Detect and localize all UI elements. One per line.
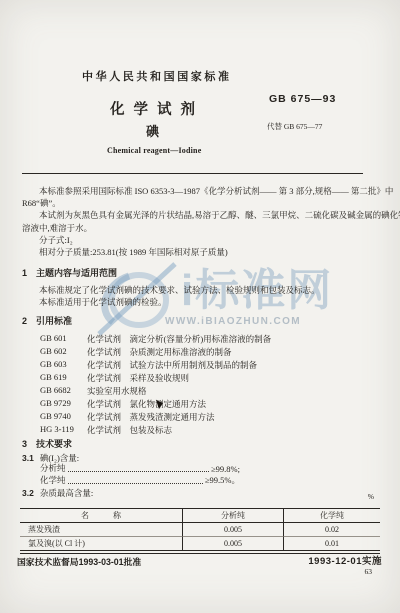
- grade-label: 化学纯: [40, 474, 66, 486]
- table-unit-note: %: [368, 492, 374, 501]
- reference-code: GB 9740: [40, 411, 87, 424]
- reference-code: GB 6682: [40, 385, 87, 398]
- reference-code: GB 601: [40, 333, 87, 346]
- grade-value: ≥99.8%;: [211, 464, 240, 474]
- header-rule: [22, 173, 363, 174]
- reference-item: GB 601化学试剂 滴定分析(容量分析)用标准溶液的制备: [40, 333, 271, 346]
- molecular-formula: 分子式:I₂: [39, 235, 73, 245]
- approval-note: 国家技术监督局1993-03-01批准: [17, 555, 141, 568]
- intro-paragraph-1-line-2: R68“碘”。: [22, 198, 61, 208]
- reference-item: GB 9740化学试剂 蒸发残渣测定通用方法: [40, 411, 271, 424]
- section-2-heading: 2引用标准: [22, 314, 72, 327]
- assay-row-chemical: 化学纯 ≥99.5%。: [40, 474, 240, 486]
- reference-title: 化学试剂 采样及验收规则: [87, 372, 189, 385]
- clause-3-2-number: 3.2: [22, 488, 34, 498]
- table-row-chemical-value: 0.02: [283, 523, 380, 537]
- section-3-number: 3: [22, 439, 27, 449]
- reference-title: 化学试剂 包装及标志: [87, 424, 172, 437]
- table-header-chemical: 化学纯: [283, 509, 380, 523]
- assay-row-analytical: 分析纯 ≥99.8%;: [40, 462, 240, 474]
- section-1-number: 1: [22, 268, 27, 278]
- dotted-leader: [68, 471, 210, 472]
- watermark-url: WWW.iBIAOZHUN.COM: [165, 316, 301, 327]
- reference-item: HG 3-119化学试剂 包装及标志: [40, 424, 271, 437]
- impurity-table: 名 称 分析纯 化学纯 蒸发残渣 0.005 0.02 氯及溴(以 Cl 计) …: [20, 508, 380, 554]
- reference-code: HG 3-119: [40, 424, 87, 437]
- table-row-analytical-value: 0.005: [182, 537, 283, 551]
- table-row-chemical-value: 0.01: [283, 537, 380, 551]
- standard-number: GB 675—93: [269, 93, 336, 105]
- reference-code: GB 619: [40, 372, 87, 385]
- section-2-number: 2: [22, 316, 27, 326]
- clause-3-1-number: 3.1: [22, 453, 34, 463]
- section-3-heading: 3技术要求: [22, 437, 72, 450]
- reference-code: GB 9729: [40, 398, 87, 411]
- reference-title: 化学试剂 氯化物测定通用方法: [87, 398, 206, 411]
- section-1-paragraph-1: 本标准规定了化学试剂碘的技术要求、试验方法、检验规则和包装及标志。: [39, 285, 320, 295]
- section-2-title: 引用标准: [36, 316, 72, 326]
- reference-title: 实验室用水规格: [87, 385, 147, 398]
- reference-title: 化学试剂 滴定分析(容量分析)用标准溶液的制备: [87, 333, 271, 346]
- reference-item: GB 602化学试剂 杂质测定用标准溶液的制备: [40, 346, 271, 359]
- table-row-analytical-value: 0.005: [182, 523, 283, 537]
- section-1-paragraph-2: 本标准适用于化学试剂碘的检验。: [39, 297, 167, 307]
- reference-title: 化学试剂 试验方法中所用制剂及制品的制备: [87, 359, 257, 372]
- page-subtitle: 碘: [146, 121, 159, 140]
- section-3-title: 技术要求: [36, 439, 72, 449]
- intro-paragraph-2-line-1: 本试剂为灰黑色具有金属光泽的片状结晶,易溶于乙醇、醚、三氯甲烷、二硫化碳及碱金属…: [39, 210, 400, 220]
- document-page: i标准网 WWW.iBIAOZHUN.COM 中华人民共和国国家标准 化学试剂 …: [0, 0, 400, 613]
- table-header-analytical: 分析纯: [182, 509, 283, 523]
- intro-paragraph-2-line-2: 溶液中,难溶于水。: [22, 223, 92, 233]
- clause-3-2-text: 杂质最高含量:: [40, 488, 93, 498]
- reference-code: GB 602: [40, 346, 87, 359]
- reference-title: 化学试剂 杂质测定用标准溶液的制备: [87, 346, 232, 359]
- clause-3-2: 3.2杂质最高含量:: [22, 487, 93, 499]
- page-number: 63: [365, 567, 373, 576]
- molar-mass: 相对分子质量:253.81(按 1989 年国际相对原子质量): [39, 247, 228, 257]
- national-standard-label: 中华人民共和国国家标准: [82, 68, 232, 84]
- replaces-note: 代替 GB 675—77: [267, 121, 322, 132]
- reference-title: 化学试剂 蒸发残渣测定通用方法: [87, 411, 215, 424]
- title-english: Chemical reagent—Iodine: [107, 146, 201, 155]
- intro-paragraph-1-line-1: 本标准参照采用国际标准 ISO 6353-3—1987《化学分析试剂—— 第 3…: [39, 186, 393, 196]
- implementation-date: 1993-12-01实施: [308, 553, 382, 567]
- grade-label: 分析纯: [40, 462, 66, 474]
- grade-value: ≥99.5%。: [205, 474, 240, 486]
- reference-list: GB 601化学试剂 滴定分析(容量分析)用标准溶液的制备 GB 602化学试剂…: [40, 333, 271, 437]
- dotted-leader: [68, 483, 203, 484]
- table-row-name: 氯及溴(以 Cl 计): [20, 537, 182, 551]
- reference-item: GB 603化学试剂 试验方法中所用制剂及制品的制备: [40, 359, 271, 372]
- reference-code: GB 603: [40, 359, 87, 372]
- reference-item: GB 6682实验室用水规格: [40, 385, 271, 398]
- section-1-heading: 1主题内容与适用范围: [22, 266, 117, 279]
- page-title: 化学试剂: [110, 98, 204, 119]
- table-row-name: 蒸发残渣: [20, 523, 182, 537]
- reference-item: GB 619化学试剂 采样及验收规则: [40, 372, 271, 385]
- scan-artifact-mark: [156, 400, 164, 409]
- section-1-title: 主题内容与适用范围: [36, 268, 117, 278]
- table-header-name: 名 称: [20, 509, 182, 523]
